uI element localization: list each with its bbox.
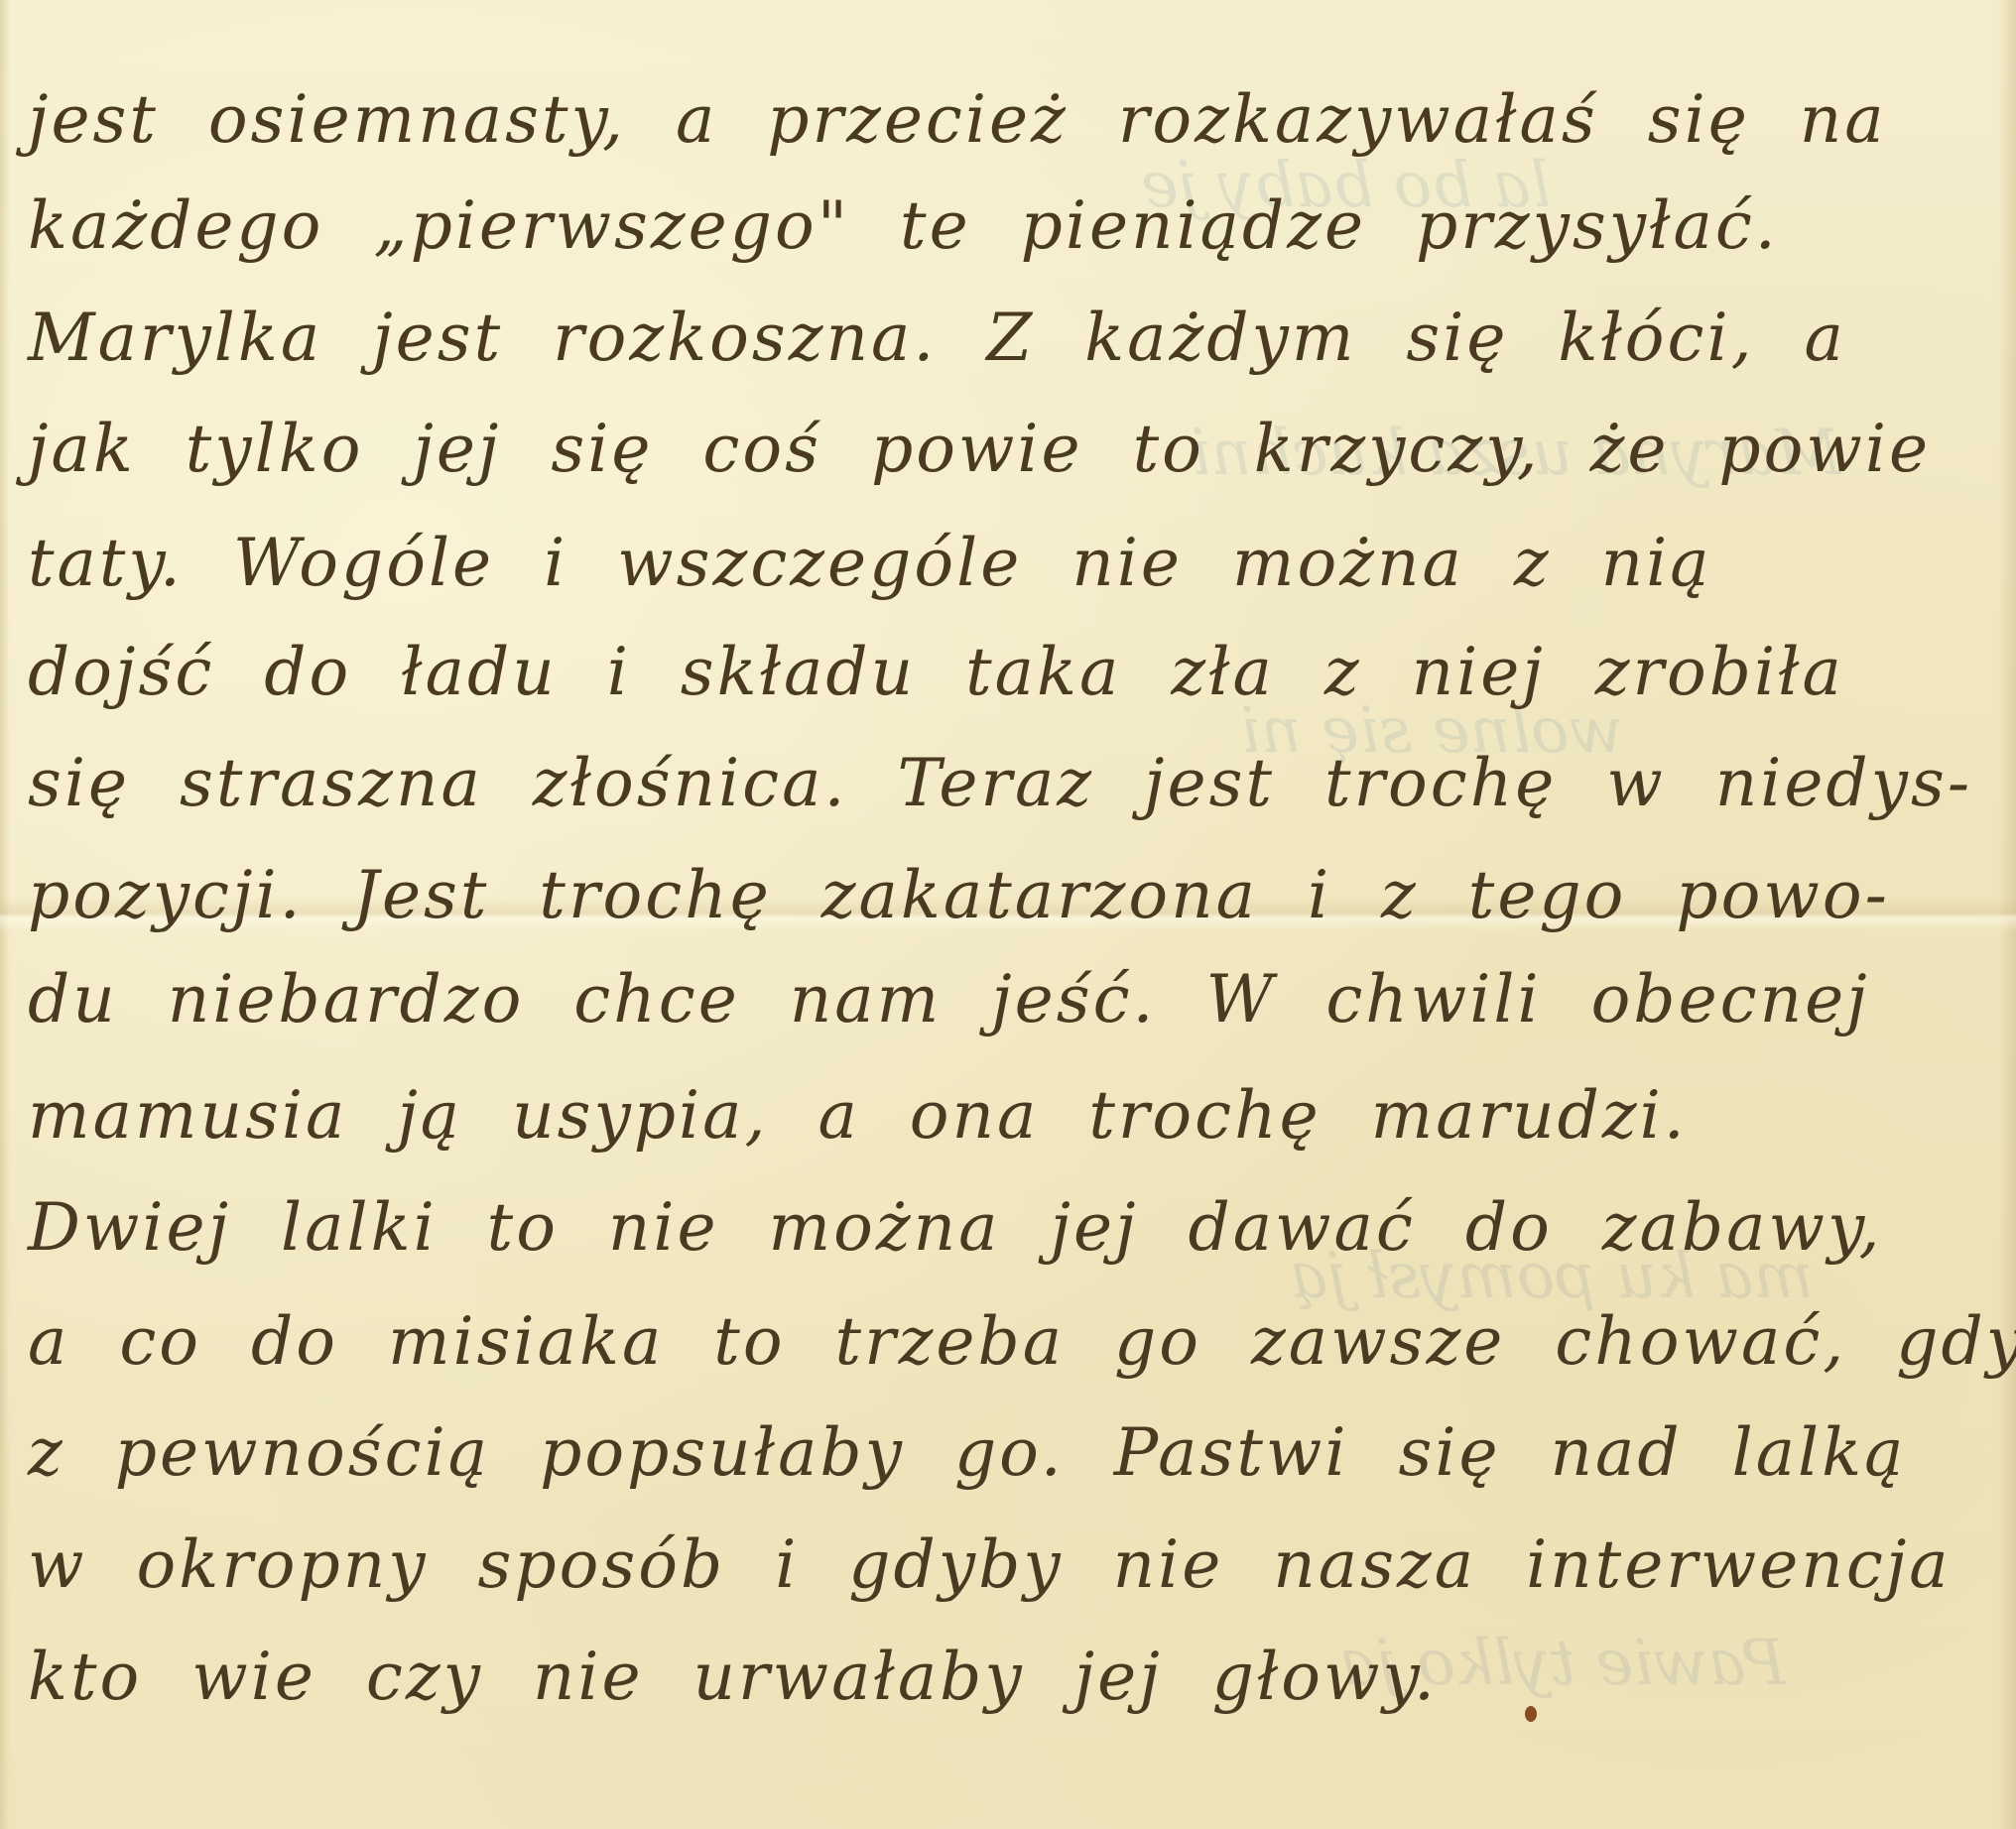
text-line: każdego „pierwszego" te pieniądze przysy… [28,193,1779,259]
text-line: Marylka jest rozkoszna. Z każdym się kłó… [28,305,1846,371]
text-line: w okropny sposób i gdyby nie nasza inter… [28,1532,1952,1598]
text-line: kto wie czy nie urwałaby jej głowy. [28,1645,1438,1710]
text-line: pozycji. Jest trochę zakatarzona i z teg… [28,863,1890,928]
text-line: mamusia ją usypia, a ona trochę marudzi. [28,1083,1688,1149]
text-line: dojść do ładu i składu taka zła z niej z… [28,640,1844,705]
text-line: du niebardzo chce nam jeść. W chwili obe… [28,967,1870,1033]
letter-page: la bo baby je Maryna usza kuchni wolne s… [0,0,2016,1829]
text-line: taty. Wogóle i wszczególe nie można z ni… [28,531,1712,596]
text-line: a co do misiaka to trzeba go zawsze chow… [28,1309,2016,1375]
text-line: jest osiemnasty, a przecież rozkazywałaś… [28,87,1887,153]
ink-stain [1525,1706,1537,1722]
text-line: jak tylko jej się coś powie to krzyczy, … [28,417,1931,482]
text-line: z pewnością popsułaby go. Pastwi się nad… [28,1420,1907,1486]
text-line: Dwiej lalki to nie można jej dawać do za… [28,1195,1883,1261]
text-line: się straszna złośnica. Teraz jest trochę… [28,751,1972,816]
